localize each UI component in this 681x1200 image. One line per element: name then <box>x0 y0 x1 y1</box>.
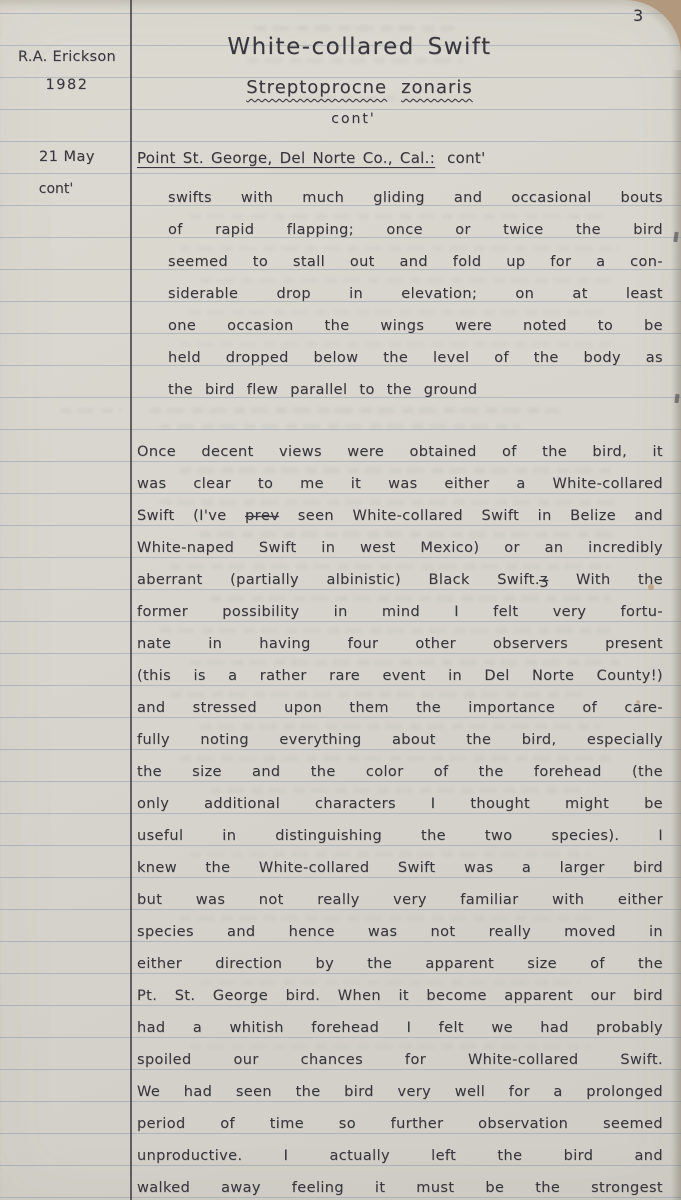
page-number: 3 <box>633 6 643 25</box>
flight-description-paragraph: swifts with much gliding and occasional … <box>137 182 663 406</box>
entry-location-cont: cont' <box>447 149 485 167</box>
entry-location-heading: Point St. George, Del Norte Co., Cal.:co… <box>137 149 486 167</box>
genus-name: Streptoprocne <box>246 77 387 98</box>
margin-date: 21 May <box>10 149 124 165</box>
scientific-name: Streptoprocnezonaris <box>96 77 623 98</box>
handwritten-line: aberrant (partially albinistic) Black Sw… <box>137 564 663 596</box>
handwritten-line: had a whitish forehead I felt we had pro… <box>137 1012 663 1044</box>
margin-date-cont: cont' <box>6 181 106 197</box>
handwritten-line: swifts with much gliding and occasional … <box>168 182 663 214</box>
page-edge-shadow <box>671 70 681 1200</box>
handwritten-line: Once decent views were obtained of the b… <box>137 436 663 468</box>
handwritten-line: species and hence was not really moved i… <box>137 916 663 948</box>
margin-rule-line <box>130 0 132 1200</box>
handwritten-line: fully noting everything about the bird, … <box>137 724 663 756</box>
entry-location: Point St. George, Del Norte Co., Cal.: <box>137 149 435 167</box>
handwritten-line: only additional characters I thought mig… <box>137 788 663 820</box>
handwritten-line: walked away feeling it must be the stron… <box>137 1172 663 1200</box>
handwritten-line: Pt. St. George bird. When it become appa… <box>137 980 663 1012</box>
bleed-through-mark <box>255 26 455 31</box>
bleed-through-mark <box>60 408 122 413</box>
handwritten-line: held dropped below the level of the body… <box>168 342 663 374</box>
handwritten-line: Swift (I've p̶r̶e̶v̶ seen White-collared… <box>137 500 663 532</box>
handwritten-line: and stressed upon them the importance of… <box>137 692 663 724</box>
species-epithet: zonaris <box>401 77 473 98</box>
handwritten-line: period of time so further observation se… <box>137 1108 663 1140</box>
species-title: White-collared Swift <box>96 34 623 60</box>
handwritten-line: useful in distinguishing the two species… <box>137 820 663 852</box>
handwritten-line: seemed to stall out and fold up for a co… <box>168 246 663 278</box>
bleed-through-mark <box>150 408 560 413</box>
notebook-page: 3 R.A. Erickson 1982 21 May cont' White-… <box>0 0 681 1200</box>
handwritten-line: the bird flew parallel to the ground <box>168 374 663 406</box>
handwritten-line: of rapid flapping; once or twice the bir… <box>168 214 663 246</box>
handwritten-line: We had seen the bird very well for a pro… <box>137 1076 663 1108</box>
handwritten-line: was clear to me it was either a White-co… <box>137 468 663 500</box>
handwritten-line: knew the White-collared Swift was a larg… <box>137 852 663 884</box>
handwritten-line: either direction by the apparent size of… <box>137 948 663 980</box>
handwritten-line: nate in having four other observers pres… <box>137 628 663 660</box>
paper-stain <box>636 700 640 704</box>
identification-discussion-paragraph: Once decent views were obtained of the b… <box>137 436 663 1200</box>
bleed-through-mark <box>160 424 520 429</box>
notebook-photo: 3 R.A. Erickson 1982 21 May cont' White-… <box>0 0 681 1200</box>
paper-stain <box>648 584 654 590</box>
handwritten-line: (this is a rather rare event in Del Nort… <box>137 660 663 692</box>
handwritten-line: the size and the color of the forehead (… <box>137 756 663 788</box>
handwritten-line: but was not really very familiar with ei… <box>137 884 663 916</box>
header-cont-label: cont' <box>90 111 617 127</box>
handwritten-line: former possibility in mind I felt very f… <box>137 596 663 628</box>
handwritten-line: one occasion the wings were noted to be <box>168 310 663 342</box>
handwritten-line: spoiled our chances for White-collared S… <box>137 1044 663 1076</box>
handwritten-line: siderable drop in elevation; on at least <box>168 278 663 310</box>
handwritten-line: White-naped Swift in west Mexico) or an … <box>137 532 663 564</box>
handwritten-line: unproductive. I actually left the bird a… <box>137 1140 663 1172</box>
